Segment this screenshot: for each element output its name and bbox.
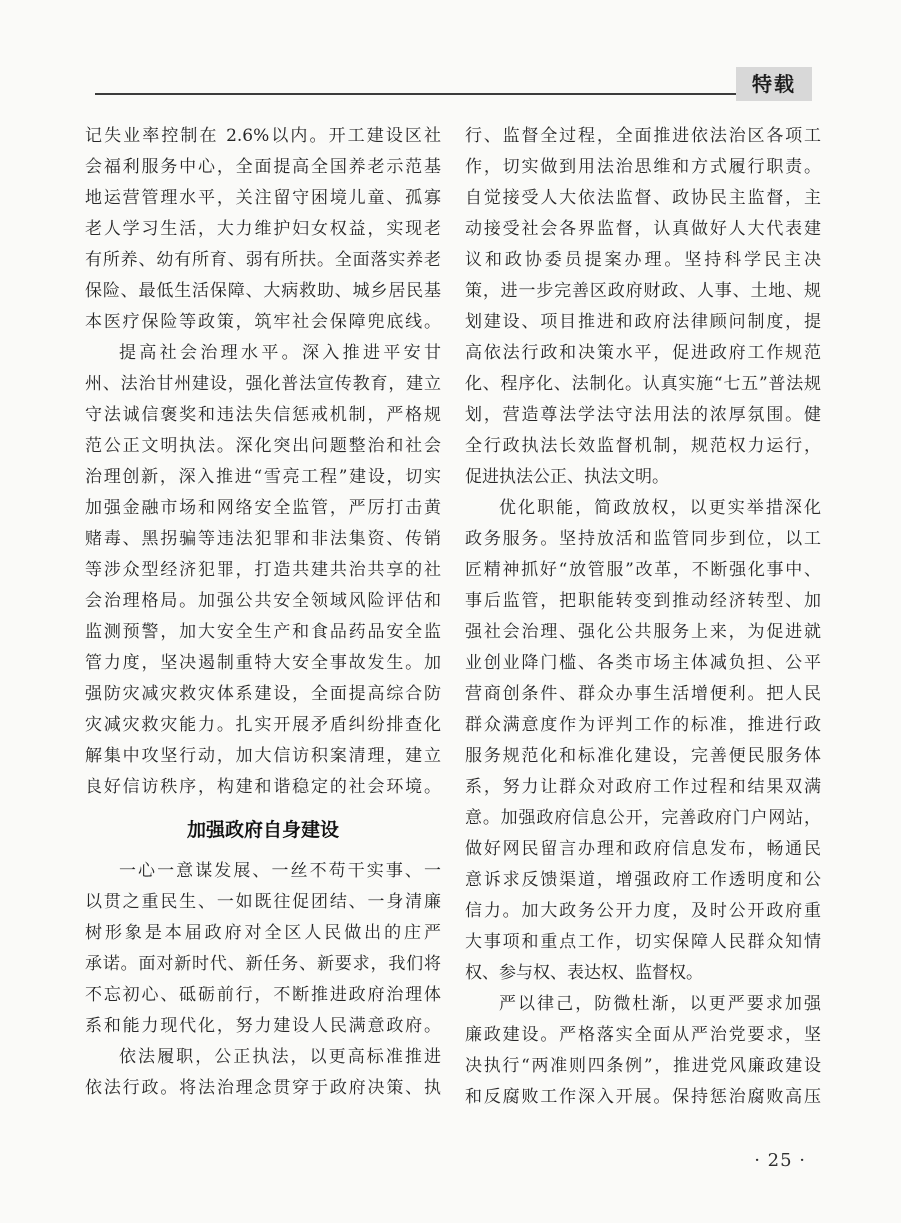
text-line: 全行政执法长效监督机制，规范权力运行， <box>465 431 821 462</box>
text-line: 策，进一步完善区政府财政、人事、土地、规 <box>465 276 821 307</box>
text-line: 承诺。面对新时代、新任务、新要求，我们将 <box>85 949 441 980</box>
text-line: 赌毒、黑拐骗等违法犯罪和非法集资、传销 <box>85 524 441 555</box>
text-line: 树形象是本届政府对全区人民做出的庄严 <box>85 918 441 949</box>
text-line: 群众满意度作为评判工作的标准，推进行政 <box>465 710 821 741</box>
text-line: 营商创条件、群众办事生活增便利。把人民 <box>465 679 821 710</box>
text-line: 守法诚信褒奖和违法失信惩戒机制，严格规 <box>85 400 441 431</box>
text-line: 划建设、项目推进和政府法律顾问制度，提 <box>465 307 821 338</box>
text-line: 意。加强政府信息公开，完善政府门户网站， <box>465 803 821 834</box>
text-line: 解集中攻坚行动，加大信访积案清理，建立 <box>85 741 441 772</box>
text-line: 系，努力让群众对政府工作过程和结果双满 <box>465 772 821 803</box>
column-right: 行、监督全过程，全面推进依法治区各项工作，切实做到用法治思维和方式履行职责。自觉… <box>465 121 821 1113</box>
text-line: 以贯之重民生、一如既往促团结、一身清廉 <box>85 887 441 918</box>
text-line: 一心一意谋发展、一丝不苟干实事、一 <box>85 856 441 887</box>
text-line: 依法履职，公正执法，以更高标准推进 <box>85 1042 441 1073</box>
text-line: 议和政协委员提案办理。坚持科学民主决 <box>465 245 821 276</box>
text-line: 老人学习生活，大力维护妇女权益，实现老 <box>85 214 441 245</box>
column-left: 记失业率控制在 2.6%以内。开工建设区社会福利服务中心，全面提高全国养老示范基… <box>85 121 441 1113</box>
text-line: 提高社会治理水平。深入推进平安甘 <box>85 338 441 369</box>
text-line: 廉政建设。严格落实全面从严治党要求，坚 <box>465 1020 821 1051</box>
text-line: 作，切实做到用法治思维和方式履行职责。 <box>465 152 821 183</box>
text-line: 高依法行政和决策水平，促进政府工作规范 <box>465 338 821 369</box>
text-line: 良好信访秩序，构建和谐稳定的社会环境。 <box>85 772 441 803</box>
text-line: 监测预警，加大安全生产和食品药品安全监 <box>85 617 441 648</box>
text-line: 意诉求反馈渠道，增强政府工作透明度和公 <box>465 865 821 896</box>
text-line: 管力度，坚决遏制重特大安全事故发生。加 <box>85 648 441 679</box>
article-body: 记失业率控制在 2.6%以内。开工建设区社会福利服务中心，全面提高全国养老示范基… <box>85 121 821 1113</box>
text-line: 系和能力现代化，努力建设人民满意政府。 <box>85 1011 441 1042</box>
text-line: 保险、最低生活保障、大病救助、城乡居民基 <box>85 276 441 307</box>
text-line: 本医疗保险等政策，筑牢社会保障兜底线。 <box>85 307 441 338</box>
text-line: 行、监督全过程，全面推进依法治区各项工 <box>465 121 821 152</box>
text-line: 信力。加大政务公开力度，及时公开政府重 <box>465 896 821 927</box>
header-badge: 特载 <box>736 67 812 101</box>
text-line: 权、参与权、表达权、监督权。 <box>465 958 821 989</box>
header-rule-line <box>95 93 736 95</box>
text-line: 优化职能，简政放权，以更实举措深化 <box>465 493 821 524</box>
text-line: 化、程序化、法制化。认真实施“七五”普法规 <box>465 369 821 400</box>
text-line: 事后监管，把职能转变到推动经济转型、加 <box>465 586 821 617</box>
text-line: 自觉接受人大依法监督、政协民主监督，主 <box>465 183 821 214</box>
text-line: 大事项和重点工作，切实保障人民群众知情 <box>465 927 821 958</box>
text-line: 严以律己，防微杜渐，以更严要求加强 <box>465 989 821 1020</box>
text-line: 加强金融市场和网络安全监管，严厉打击黄 <box>85 493 441 524</box>
section-heading: 加强政府自身建设 <box>85 815 441 846</box>
page-header: 特载 <box>95 67 812 101</box>
text-line: 不忘初心、砥砺前行，不断推进政府治理体 <box>85 980 441 1011</box>
text-line: 服务规范化和标准化建设，完善便民服务体 <box>465 741 821 772</box>
text-line: 灾减灾救灾能力。扎实开展矛盾纠纷排查化 <box>85 710 441 741</box>
text-line: 州、法治甘州建设，强化普法宣传教育，建立 <box>85 369 441 400</box>
text-line: 等涉众型经济犯罪，打造共建共治共享的社 <box>85 555 441 586</box>
text-line: 匠精神抓好“放管服”改革，不断强化事中、 <box>465 555 821 586</box>
text-line: 强社会治理、强化公共服务上来，为促进就 <box>465 617 821 648</box>
text-line: 会治理格局。加强公共安全领域风险评估和 <box>85 586 441 617</box>
text-line: 做好网民留言办理和政府信息发布，畅通民 <box>465 834 821 865</box>
text-line: 决执行“两准则四条例”，推进党风廉政建设 <box>465 1051 821 1082</box>
text-line: 会福利服务中心，全面提高全国养老示范基 <box>85 152 441 183</box>
text-line: 治理创新，深入推进“雪亮工程”建设，切实 <box>85 462 441 493</box>
text-line: 促进执法公正、执法文明。 <box>465 462 821 493</box>
text-line: 地运营管理水平，关注留守困境儿童、孤寡 <box>85 183 441 214</box>
text-line: 强防灾减灾救灾体系建设，全面提高综合防 <box>85 679 441 710</box>
text-line: 动接受社会各界监督，认真做好人大代表建 <box>465 214 821 245</box>
text-line: 记失业率控制在 2.6%以内。开工建设区社 <box>85 121 441 152</box>
text-line: 政务服务。坚持放活和监管同步到位，以工 <box>465 524 821 555</box>
text-line: 有所养、幼有所育、弱有所扶。全面落实养老 <box>85 245 441 276</box>
text-line: 范公正文明执法。深化突出问题整治和社会 <box>85 431 441 462</box>
text-line: 划，营造尊法学法守法用法的浓厚氛围。健 <box>465 400 821 431</box>
page-number: · 25 · <box>754 1150 806 1171</box>
text-line: 和反腐败工作深入开展。保持惩治腐败高压 <box>465 1082 821 1113</box>
text-line: 业创业降门槛、各类市场主体减负担、公平 <box>465 648 821 679</box>
text-line: 依法行政。将法治理念贯穿于政府决策、执 <box>85 1073 441 1104</box>
